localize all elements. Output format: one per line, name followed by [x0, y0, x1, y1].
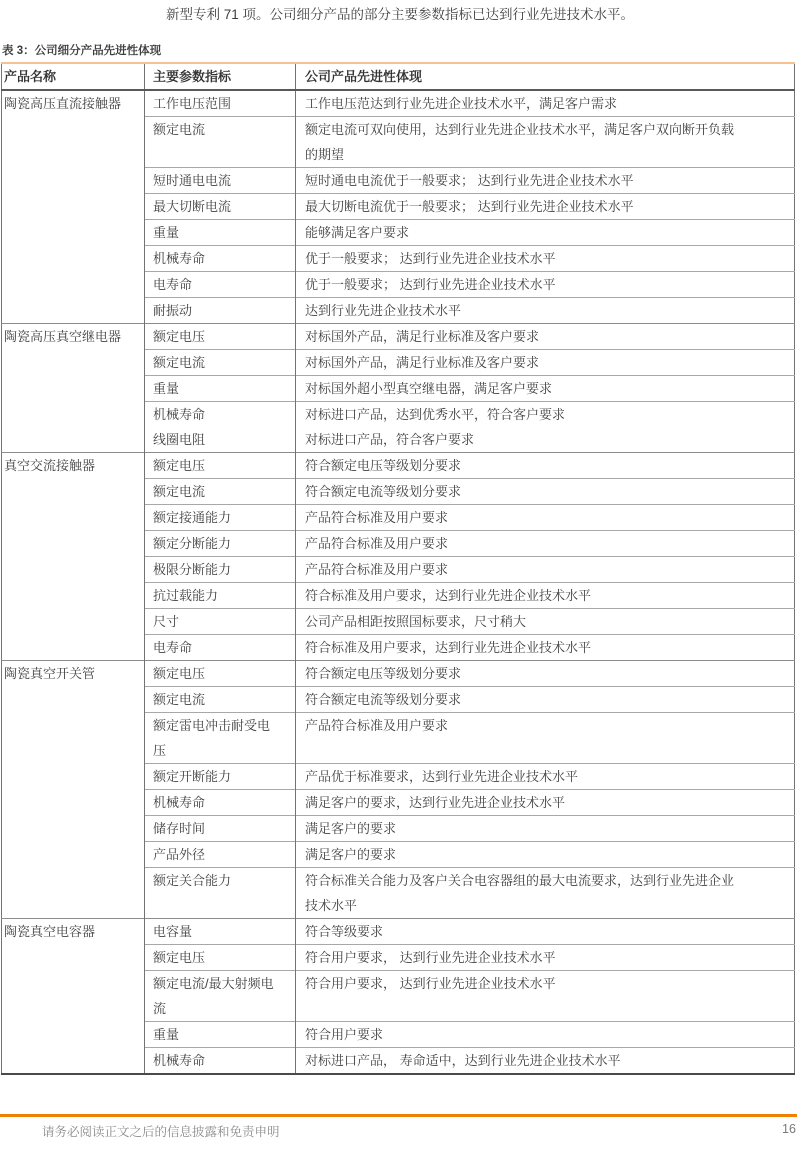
advancement-cell: 符合标准及用户要求，达到行业先进企业技术水平: [296, 583, 795, 609]
product-name-cell: 陶瓷真空开关管: [2, 661, 145, 919]
cell-line: 达到行业先进企业技术水平: [305, 298, 790, 323]
cell-line: 符合额定电压等级划分要求: [305, 661, 790, 686]
cell-line: 满足客户的要求: [305, 816, 790, 841]
advancement-cell: 对标国外超小型真空继电器，满足客户要求: [296, 376, 795, 402]
parameter-cell: 极限分断能力: [145, 557, 296, 583]
parameter-cell: 电容量: [145, 919, 296, 945]
cell-line: 对标国外产品，满足行业标准及客户要求: [305, 324, 790, 349]
advancement-cell: 优于一般要求； 达到行业先进企业技术水平: [296, 246, 795, 272]
advancement-cell: 符合额定电流等级划分要求: [296, 687, 795, 713]
cell-line: 公司产品相距按照国标要求，尺寸稍大: [305, 609, 790, 634]
table-body: 陶瓷高压直流接触器工作电压范围工作电压范达到行业先进企业技术水平，满足客户需求额…: [2, 90, 795, 1074]
advancement-cell: 产品符合标准及用户要求: [296, 531, 795, 557]
cell-line: 产品优于标准要求，达到行业先进企业技术水平: [305, 764, 790, 789]
table-row: 陶瓷高压真空继电器额定电压对标国外产品，满足行业标准及客户要求: [2, 324, 795, 350]
cell-line: 符合标准及用户要求，达到行业先进企业技术水平: [305, 635, 790, 660]
report-page: 新型专利 71 项。公司细分产品的部分主要参数指标已达到行业先进技术水平。 表 …: [0, 0, 809, 1162]
advancement-cell: 产品符合标准及用户要求: [296, 713, 795, 764]
parameter-cell: 电寿命: [145, 635, 296, 661]
advancement-cell: 最大切断电流优于一般要求； 达到行业先进企业技术水平: [296, 194, 795, 220]
parameter-cell: 产品外径: [145, 842, 296, 868]
cell-line: 对标国外产品，满足行业标准及客户要求: [305, 350, 790, 375]
parameter-cell: 储存时间: [145, 816, 296, 842]
parameter-cell: 短时通电电流: [145, 168, 296, 194]
cell-line: 符合额定电流等级划分要求: [305, 479, 790, 504]
cell-line: 产品符合标准及用户要求: [305, 557, 790, 582]
footer-disclaimer: 请务必阅读正文之后的信息披露和免责申明: [42, 1122, 280, 1140]
advancement-cell: 对标进口产品，符合客户要求: [296, 427, 795, 453]
parameter-cell: 额定电压: [145, 945, 296, 971]
advancement-cell: 符合额定电压等级划分要求: [296, 453, 795, 479]
cell-line: 符合额定电流等级划分要求: [305, 687, 790, 712]
advancement-cell: 优于一般要求； 达到行业先进企业技术水平: [296, 272, 795, 298]
parameter-cell: 额定开断能力: [145, 764, 296, 790]
cell-line: 对标进口产品， 寿命适中，达到行业先进企业技术水平: [305, 1048, 790, 1073]
parameter-cell: 最大切断电流: [145, 194, 296, 220]
advancement-cell: 对标进口产品，达到优秀水平，符合客户要求: [296, 402, 795, 428]
table-row: 陶瓷真空开关管额定电压符合额定电压等级划分要求: [2, 661, 795, 687]
cell-line: 技术水平: [305, 893, 790, 918]
page-number: 16: [782, 1122, 796, 1136]
advancement-cell: 符合用户要求: [296, 1022, 795, 1048]
cell-line: 满足客户的要求，达到行业先进企业技术水平: [305, 790, 790, 815]
column-header-parameter: 主要参数指标: [145, 63, 296, 90]
cell-line: 对标国外超小型真空继电器，满足客户要求: [305, 376, 790, 401]
product-name-cell: 陶瓷真空电容器: [2, 919, 145, 1075]
parameter-cell: 机械寿命: [145, 790, 296, 816]
advancement-cell: 对标国外产品，满足行业标准及客户要求: [296, 350, 795, 376]
cell-line: 符合用户要求， 达到行业先进企业技术水平: [305, 971, 790, 996]
cell-line: 工作电压范达到行业先进企业技术水平，满足客户需求: [305, 91, 790, 116]
cell-line: 产品符合标准及用户要求: [305, 713, 790, 738]
cell-line: 符合标准及用户要求，达到行业先进企业技术水平: [305, 583, 790, 608]
advancement-cell: 达到行业先进企业技术水平: [296, 298, 795, 324]
advancement-cell: 对标国外产品，满足行业标准及客户要求: [296, 324, 795, 350]
cell-line: 对标进口产品，达到优秀水平，符合客户要求: [305, 402, 790, 427]
table-row: 真空交流接触器额定电压符合额定电压等级划分要求: [2, 453, 795, 479]
parameter-cell: 额定雷电冲击耐受电压: [145, 713, 296, 764]
cell-line: 最大切断电流优于一般要求； 达到行业先进企业技术水平: [305, 194, 790, 219]
cell-line: 流: [153, 996, 295, 1021]
product-name-cell: 陶瓷高压真空继电器: [2, 324, 145, 453]
parameter-cell: 耐振动: [145, 298, 296, 324]
parameter-cell: 额定电流: [145, 350, 296, 376]
cell-line: 能够满足客户要求: [305, 220, 790, 245]
table-header-row: 产品名称 主要参数指标 公司产品先进性体现: [2, 63, 795, 90]
cell-line: 符合标准关合能力及客户关合电容器组的最大电流要求，达到行业先进企业: [305, 868, 790, 893]
parameter-cell: 电寿命: [145, 272, 296, 298]
cell-line: 符合等级要求: [305, 919, 790, 944]
parameter-cell: 额定接通能力: [145, 505, 296, 531]
footer-accent-bar: [0, 1114, 797, 1117]
advancement-cell: 产品符合标准及用户要求: [296, 557, 795, 583]
parameter-cell: 额定关合能力: [145, 868, 296, 919]
product-name-cell: 真空交流接触器: [2, 453, 145, 661]
column-header-advancement: 公司产品先进性体现: [296, 63, 795, 90]
advancement-cell: 符合用户要求， 达到行业先进企业技术水平: [296, 971, 795, 1022]
parameter-cell: 重量: [145, 220, 296, 246]
table-title: 表 3：公司细分产品先进性体现: [2, 42, 161, 58]
parameter-cell: 尺寸: [145, 609, 296, 635]
advancement-cell: 额定电流可双向使用，达到行业先进企业技术水平，满足客户双向断开负载的期望: [296, 117, 795, 168]
parameter-cell: 额定电流: [145, 687, 296, 713]
cell-line: 压: [153, 738, 295, 763]
advancement-cell: 工作电压范达到行业先进企业技术水平，满足客户需求: [296, 90, 795, 117]
parameter-cell: 机械寿命: [145, 246, 296, 272]
parameter-cell: 额定电流: [145, 479, 296, 505]
cell-line: 优于一般要求； 达到行业先进企业技术水平: [305, 246, 790, 271]
advancement-cell: 符合等级要求: [296, 919, 795, 945]
parameter-cell: 额定电压: [145, 661, 296, 687]
advancement-cell: 符合标准关合能力及客户关合电容器组的最大电流要求，达到行业先进企业技术水平: [296, 868, 795, 919]
advancement-cell: 公司产品相距按照国标要求，尺寸稍大: [296, 609, 795, 635]
parameter-cell: 机械寿命: [145, 402, 296, 428]
advancement-cell: 满足客户的要求: [296, 842, 795, 868]
parameter-cell: 机械寿命: [145, 1048, 296, 1075]
parameter-cell: 重量: [145, 376, 296, 402]
cell-line: 短时通电电流优于一般要求； 达到行业先进企业技术水平: [305, 168, 790, 193]
advancement-cell: 产品符合标准及用户要求: [296, 505, 795, 531]
column-header-product: 产品名称: [2, 63, 145, 90]
cell-line: 优于一般要求； 达到行业先进企业技术水平: [305, 272, 790, 297]
advancement-cell: 符合额定电流等级划分要求: [296, 479, 795, 505]
cell-line: 符合用户要求: [305, 1022, 790, 1047]
table-row: 陶瓷高压直流接触器工作电压范围工作电压范达到行业先进企业技术水平，满足客户需求: [2, 90, 795, 117]
table-row: 陶瓷真空电容器电容量符合等级要求: [2, 919, 795, 945]
parameter-cell: 重量: [145, 1022, 296, 1048]
advancement-cell: 符合标准及用户要求，达到行业先进企业技术水平: [296, 635, 795, 661]
advancement-cell: 满足客户的要求，达到行业先进企业技术水平: [296, 790, 795, 816]
cell-line: 满足客户的要求: [305, 842, 790, 867]
advancement-cell: 短时通电电流优于一般要求； 达到行业先进企业技术水平: [296, 168, 795, 194]
cell-line: 额定电流/最大射频电: [153, 971, 295, 996]
advancement-cell: 能够满足客户要求: [296, 220, 795, 246]
parameter-cell: 额定电压: [145, 453, 296, 479]
product-name-cell: 陶瓷高压直流接触器: [2, 90, 145, 324]
cell-line: 产品符合标准及用户要求: [305, 531, 790, 556]
advancement-cell: 对标进口产品， 寿命适中，达到行业先进企业技术水平: [296, 1048, 795, 1075]
intro-paragraph: 新型专利 71 项。公司细分产品的部分主要参数指标已达到行业先进技术水平。: [166, 5, 766, 24]
product-advancement-table: 产品名称 主要参数指标 公司产品先进性体现 陶瓷高压直流接触器工作电压范围工作电…: [1, 62, 795, 1075]
cell-line: 对标进口产品，符合客户要求: [305, 427, 790, 452]
parameter-cell: 额定电压: [145, 324, 296, 350]
advancement-cell: 符合用户要求， 达到行业先进企业技术水平: [296, 945, 795, 971]
advancement-cell: 产品优于标准要求，达到行业先进企业技术水平: [296, 764, 795, 790]
parameter-cell: 工作电压范围: [145, 90, 296, 117]
cell-line: 额定雷电冲击耐受电: [153, 713, 295, 738]
advancement-cell: 满足客户的要求: [296, 816, 795, 842]
parameter-cell: 抗过载能力: [145, 583, 296, 609]
cell-line: 额定电流可双向使用，达到行业先进企业技术水平，满足客户双向断开负载: [305, 117, 790, 142]
parameter-cell: 额定电流/最大射频电流: [145, 971, 296, 1022]
cell-line: 产品符合标准及用户要求: [305, 505, 790, 530]
parameter-cell: 额定分断能力: [145, 531, 296, 557]
cell-line: 的期望: [305, 142, 790, 167]
advancement-cell: 符合额定电压等级划分要求: [296, 661, 795, 687]
cell-line: 符合额定电压等级划分要求: [305, 453, 790, 478]
cell-line: 符合用户要求， 达到行业先进企业技术水平: [305, 945, 790, 970]
parameter-cell: 额定电流: [145, 117, 296, 168]
parameter-cell: 线圈电阻: [145, 427, 296, 453]
